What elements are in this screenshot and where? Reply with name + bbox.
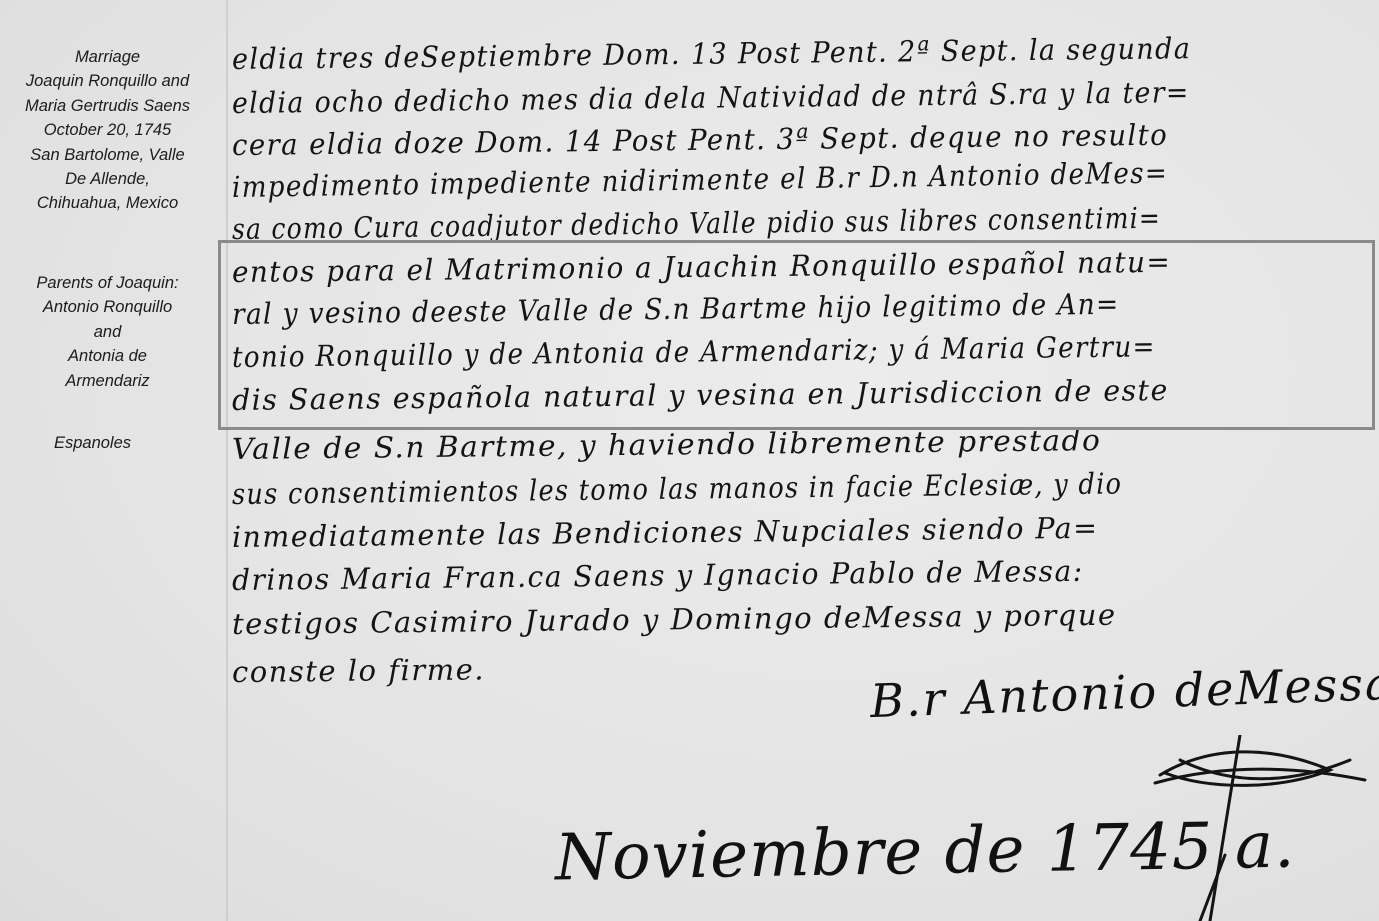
annotation-line: San Bartolome, Valle	[0, 143, 215, 167]
annotation-line: and	[0, 320, 215, 344]
highlight-box	[218, 240, 1375, 430]
annotation-line: Antonio Ronquillo	[0, 295, 215, 319]
annotation-line: Maria Gertrudis Saens	[0, 94, 215, 118]
annotation-line: Chihuahua, Mexico	[0, 191, 215, 215]
status-annotation: Espanoles	[0, 431, 185, 455]
annotation-line: Joaquin Ronquillo and	[0, 69, 215, 93]
margin-line	[226, 0, 228, 921]
annotation-line: Antonia de	[0, 344, 215, 368]
annotation-line: Espanoles	[0, 431, 185, 455]
record-annotation: Marriage Joaquin Ronquillo and Maria Ger…	[0, 45, 215, 216]
annotation-line: Marriage	[0, 45, 215, 69]
date-line: Noviembre de 1745 a.	[554, 809, 1296, 896]
manuscript-line: conste lo firme.	[232, 652, 485, 689]
parents-annotation: Parents of Joaquin: Antonio Ronquillo an…	[0, 271, 215, 393]
annotation-line: Parents of Joaquin:	[0, 271, 215, 295]
annotation-line: Armendariz	[0, 369, 215, 393]
annotation-line: October 20, 1745	[0, 118, 215, 142]
annotation-line: De Allende,	[0, 167, 215, 191]
